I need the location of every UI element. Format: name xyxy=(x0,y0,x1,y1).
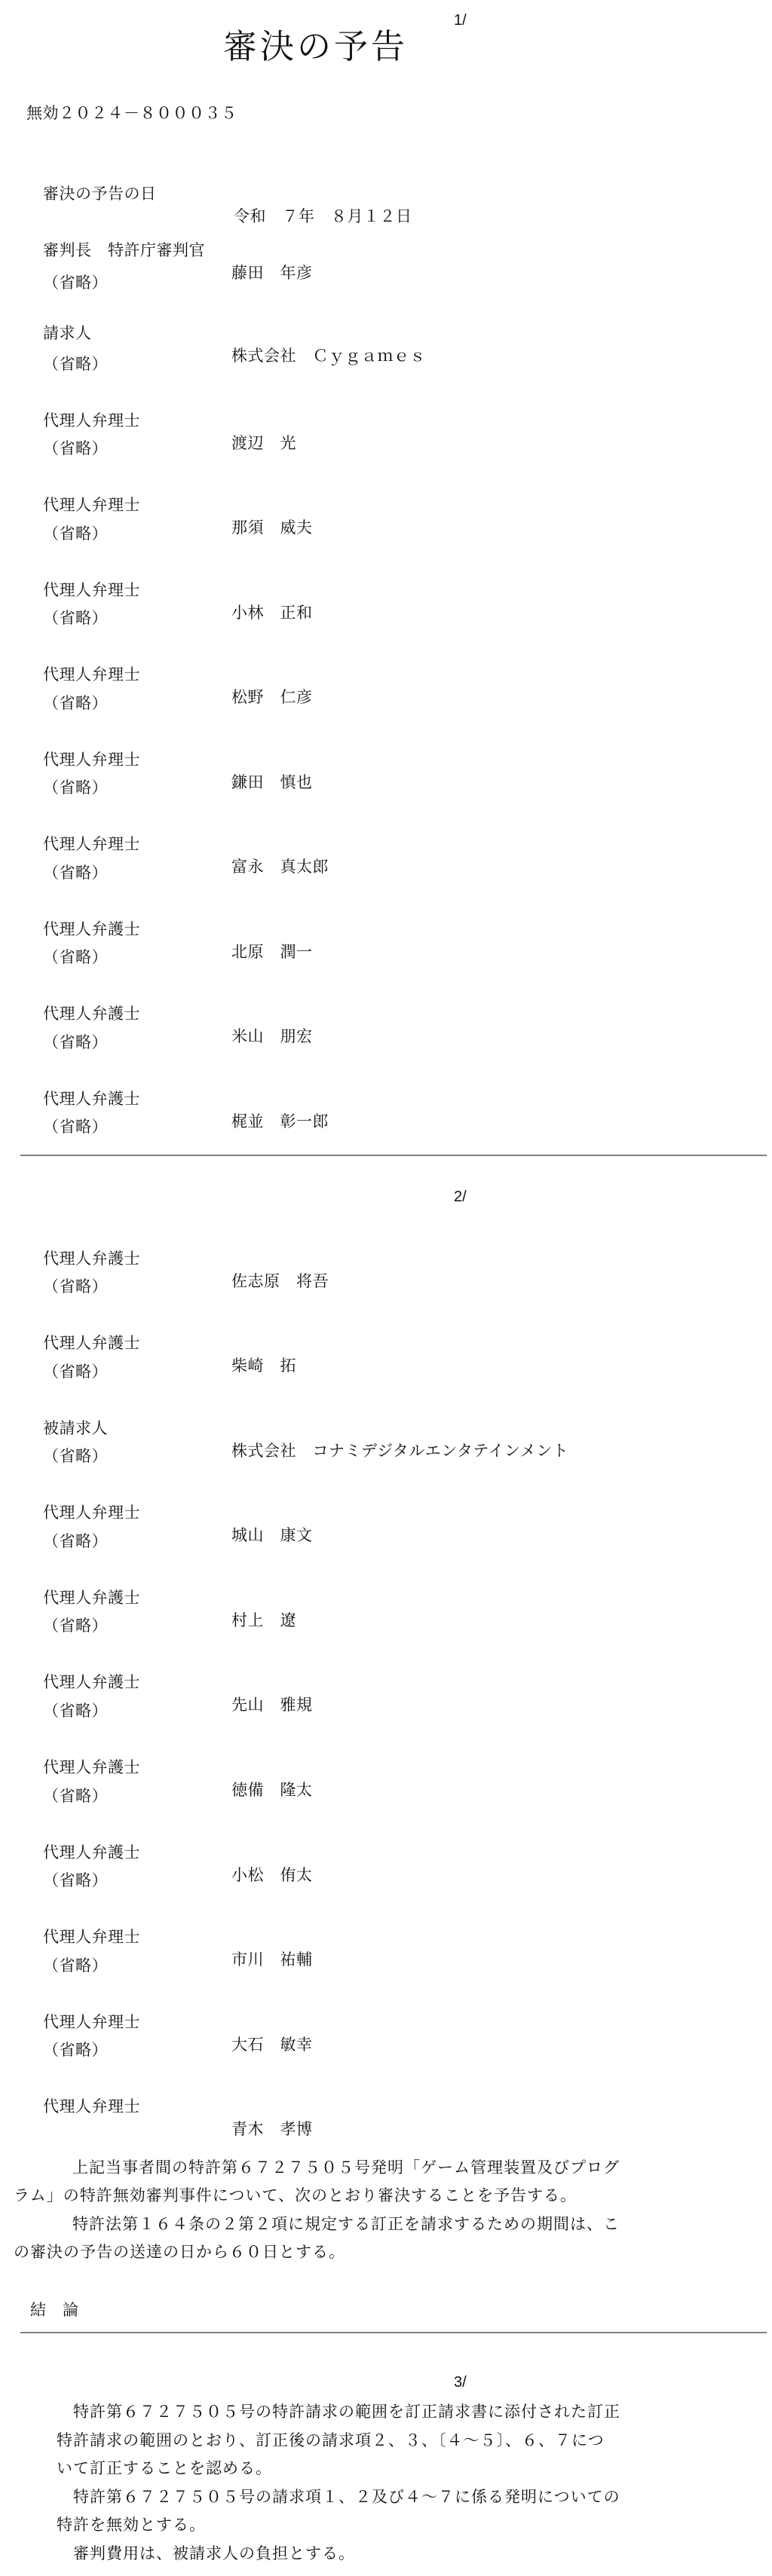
field-row-claimant: 請求人 株式会社 Ｃｙｇａｍｅｓ xyxy=(0,300,772,323)
field-label: 代理人弁護士 xyxy=(43,1757,140,1779)
field-value: 柴崎 拓 xyxy=(231,1355,296,1378)
field-value: 村上 遼 xyxy=(231,1610,296,1632)
field-row-agent: 代理人弁護士 米山 朋宏 xyxy=(0,981,772,1003)
field-value: 市川 祐輔 xyxy=(231,1949,313,1972)
field-label: 代理人弁護士 xyxy=(43,1672,140,1694)
field-value: 藤田 年彦 xyxy=(231,262,313,285)
body-line: 特許第６７２７５０５号の請求項１、２及び４～７に係る発明についての xyxy=(73,2486,620,2509)
case-number: 無効２０２４－８０００３５ xyxy=(26,102,237,125)
field-value: 青木 孝博 xyxy=(231,2119,313,2141)
field-row-agent: 代理人弁理士 松野 仁彦 xyxy=(0,641,772,664)
body-line: 上記当事者間の特許第６７２７５０５号発明「ゲーム管理装置及びプログ xyxy=(72,2157,620,2180)
field-row-agent: 代理人弁理士 富永 真太郎 xyxy=(0,811,772,834)
omitted-note: （省略） xyxy=(43,1116,108,1139)
field-row-agent: 代理人弁護士 徳備 隆太 xyxy=(0,1734,772,1757)
doc-title: 審決の予告 xyxy=(223,27,408,66)
field-label: 代理人弁理士 xyxy=(43,834,140,856)
field-row-agent: 代理人弁護士 梶並 彰一郎 xyxy=(0,1066,772,1088)
field-row-respondent: 被請求人 株式会社 コナミデジタルエンタテインメント xyxy=(0,1395,772,1418)
field-value: 株式会社 Ｃｙｇａｍｅｓ xyxy=(231,345,426,368)
field-value: 小林 正和 xyxy=(231,602,313,625)
field-label: 代理人弁理士 xyxy=(43,410,140,433)
field-label: 代理人弁理士 xyxy=(43,749,140,772)
page-number-3: 3/ xyxy=(454,2373,467,2391)
field-row-agent: 代理人弁理士 大石 敏幸 xyxy=(0,1989,772,2012)
body-line: ラム」の特許無効審判事件について、次のとおり審決することを予告する。 xyxy=(14,2185,577,2207)
field-value: 渡辺 光 xyxy=(231,433,296,455)
omitted-note: （省略） xyxy=(43,1361,108,1384)
field-row-decision-date: 審決の予告の日 令和 ７年 ８月１２日 xyxy=(0,161,772,183)
body-line: 特許請求の範囲のとおり、訂正後の請求項２、３、〔４～５〕、６、７につ xyxy=(57,2430,605,2452)
body-line: 審判費用は、被請求人の負担とする。 xyxy=(73,2543,355,2565)
omitted-note: （省略） xyxy=(43,862,108,885)
field-value: 城山 康文 xyxy=(231,1525,313,1547)
page-divider xyxy=(20,2332,767,2333)
field-label: 代理人弁護士 xyxy=(43,919,140,941)
field-label: 代理人弁理士 xyxy=(43,580,140,602)
omitted-note: （省略） xyxy=(43,438,108,460)
field-row-agent: 代理人弁理士 城山 康文 xyxy=(0,1479,772,1502)
field-label: 代理人弁護士 xyxy=(43,1088,140,1111)
field-row-agent: 代理人弁護士 佐志原 将吾 xyxy=(0,1225,772,1248)
omitted-note: （省略） xyxy=(43,1955,108,1978)
field-value: 鎌田 慎也 xyxy=(231,772,313,794)
omitted-note: （省略） xyxy=(43,947,108,969)
field-row-agent: 代理人弁護士 先山 雅規 xyxy=(0,1649,772,1672)
field-value: 梶並 彰一郎 xyxy=(231,1111,329,1134)
body-line: 特許法第１６４条の２第２項に規定する訂正を請求するための期間は、こ xyxy=(72,2213,620,2236)
body-line: いて訂正することを認める。 xyxy=(57,2458,272,2480)
field-value: 佐志原 将吾 xyxy=(231,1271,329,1293)
omitted-note: （省略） xyxy=(43,353,108,376)
omitted-note: （省略） xyxy=(43,1032,108,1054)
field-label: 代理人弁理士 xyxy=(43,1926,140,1949)
omitted-note: （省略） xyxy=(43,2039,108,2062)
field-row-agent: 代理人弁護士 小松 侑太 xyxy=(0,1819,772,1842)
omitted-note: （省略） xyxy=(43,777,108,800)
field-value: 那須 威夫 xyxy=(231,517,313,540)
field-label: 被請求人 xyxy=(43,1418,108,1440)
field-label: 請求人 xyxy=(43,323,92,345)
field-value: 松野 仁彦 xyxy=(231,687,313,709)
field-value: 徳備 隆太 xyxy=(231,1779,313,1802)
field-value: 北原 潤一 xyxy=(231,941,313,964)
field-value: 大石 敏幸 xyxy=(231,2034,313,2057)
omitted-note: （省略） xyxy=(43,272,108,295)
body-line: の審決の予告の送達の日から６０日とする。 xyxy=(14,2241,345,2264)
field-row-agent: 代理人弁理士 小林 正和 xyxy=(0,557,772,580)
field-row-agent: 代理人弁理士 市川 祐輔 xyxy=(0,1904,772,1926)
page-number-2: 2/ xyxy=(454,1188,467,1206)
field-label: 代理人弁護士 xyxy=(43,1248,140,1271)
omitted-note: （省略） xyxy=(43,607,108,630)
page-divider xyxy=(20,1155,767,1156)
omitted-note: （省略） xyxy=(43,1531,108,1553)
field-row-agent: 代理人弁理士 渡辺 光 xyxy=(0,387,772,410)
omitted-note: （省略） xyxy=(43,693,108,715)
field-label: 審決の予告の日 xyxy=(43,183,157,206)
omitted-note: （省略） xyxy=(43,1700,108,1723)
field-row-agent: 代理人弁護士 北原 潤一 xyxy=(0,896,772,919)
field-label: 代理人弁理士 xyxy=(43,2096,140,2119)
field-label: 代理人弁理士 xyxy=(43,2012,140,2034)
omitted-note: （省略） xyxy=(43,1785,108,1808)
field-row-agent: 代理人弁護士 村上 遼 xyxy=(0,1565,772,1587)
field-label: 代理人弁理士 xyxy=(43,1502,140,1525)
field-value: 先山 雅規 xyxy=(231,1694,313,1717)
omitted-note: （省略） xyxy=(43,523,108,546)
field-label: 代理人弁護士 xyxy=(43,1842,140,1865)
field-value: 株式会社 コナミデジタルエンタテインメント xyxy=(231,1440,568,1463)
omitted-note: （省略） xyxy=(43,1615,108,1638)
field-label: 代理人弁護士 xyxy=(43,1332,140,1355)
omitted-note: （省略） xyxy=(43,1870,108,1892)
field-label: 代理人弁理士 xyxy=(43,664,140,687)
field-label: 代理人弁理士 xyxy=(43,494,140,517)
field-row-agent: 代理人弁護士 柴崎 拓 xyxy=(0,1310,772,1332)
body-line: 特許を無効とする。 xyxy=(57,2514,206,2537)
omitted-note: （省略） xyxy=(43,1276,108,1299)
conclusion-heading: 結 論 xyxy=(30,2299,79,2322)
field-value: 富永 真太郎 xyxy=(231,856,329,879)
field-label: 代理人弁護士 xyxy=(43,1003,140,1026)
field-row-agent: 代理人弁理士 那須 威夫 xyxy=(0,472,772,494)
field-row-agent: 代理人弁理士 青木 孝博 xyxy=(0,2073,772,2096)
page-number-1: 1/ xyxy=(454,11,467,29)
field-label: 代理人弁護士 xyxy=(43,1587,140,1610)
field-row-agent: 代理人弁理士 鎌田 慎也 xyxy=(0,727,772,749)
omitted-note: （省略） xyxy=(43,1446,108,1468)
field-value: 小松 侑太 xyxy=(231,1865,313,1887)
body-line: 特許第６７２７５０５号の特許請求の範囲を訂正請求書に添付された訂正 xyxy=(73,2401,620,2424)
field-label: 審判長 特許庁審判官 xyxy=(43,240,205,262)
field-value: 米山 朋宏 xyxy=(231,1026,313,1048)
document-page: 1/ 審決の予告 無効２０２４－８０００３５ 審決の予告の日 令和 ７年 ８月１… xyxy=(0,0,772,2576)
field-row-chief-judge: 審判長 特許庁審判官 藤田 年彦 xyxy=(0,217,772,240)
